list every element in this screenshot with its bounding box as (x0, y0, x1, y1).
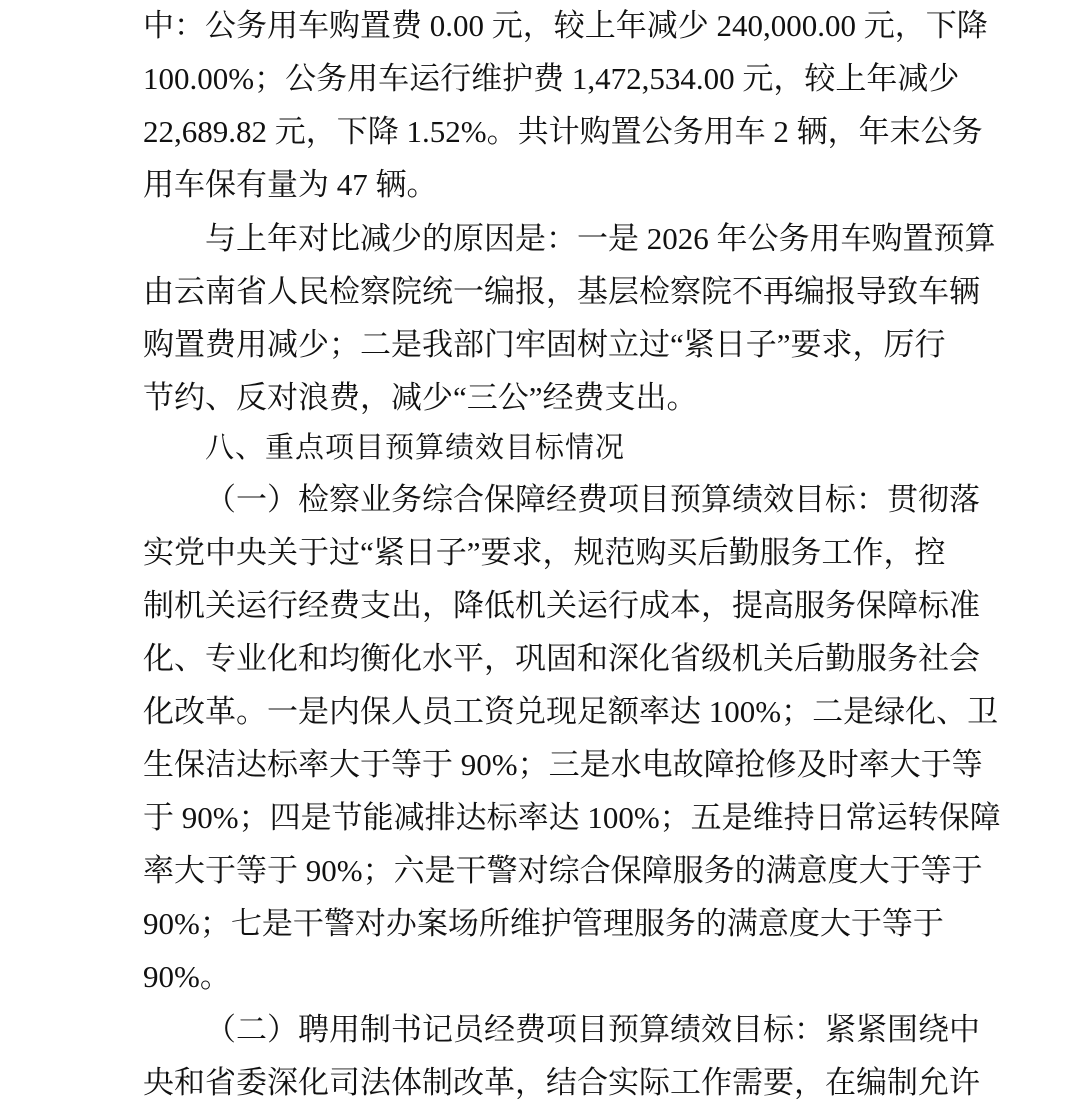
text-line: 由云南省人民检察院统一编报，基层检察院不再编报导致车辆 (143, 272, 933, 312)
text-line: 22,689.82 元，下降 1.52%。共计购置公务用车 2 辆，年末公务 (143, 112, 933, 152)
text-line: 生保洁达标率大于等于 90%；三是水电故障抢修及时率大于等 (143, 745, 933, 785)
text-line: 节约、反对浪费，减少“三公”经费支出。 (143, 378, 933, 418)
document-page: 中：公务用车购置费 0.00 元，较上年减少 240,000.00 元，下降 1… (0, 0, 1074, 1106)
text-line: 于 90%；四是节能减排达标率达 100%；五是维持日常运转保障 (143, 798, 933, 838)
text-line: 100.00%；公务用车运行维护费 1,472,534.00 元，较上年减少 (143, 59, 933, 99)
text-line: 90%。 (143, 957, 933, 997)
text-line: 制机关运行经费支出，降低机关运行成本，提高服务保障标准 (143, 586, 933, 626)
text-line: （一）检察业务综合保障经费项目预算绩效目标：贯彻落 (205, 480, 933, 520)
text-line: 央和省委深化司法体制改革，结合实际工作需要，在编制允许 (143, 1063, 933, 1103)
text-line: 化、专业化和均衡化水平，巩固和深化省级机关后勤服务社会 (143, 639, 933, 679)
text-line: 中：公务用车购置费 0.00 元，较上年减少 240,000.00 元，下降 (143, 6, 933, 46)
text-line: 90%；七是干警对办案场所维护管理服务的满意度大于等于 (143, 904, 933, 944)
text-line: （二）聘用制书记员经费项目预算绩效目标：紧紧围绕中 (205, 1010, 933, 1050)
text-line: 率大于等于 90%；六是干警对综合保障服务的满意度大于等于 (143, 851, 933, 891)
text-line: 购置费用减少；二是我部门牢固树立过“紧日子”要求，厉行 (143, 325, 933, 365)
text-line: 化改革。一是内保人员工资兑现足额率达 100%；二是绿化、卫 (143, 692, 933, 732)
text-line: 与上年对比减少的原因是：一是 2026 年公务用车购置预算 (205, 219, 933, 259)
section-heading: 八、重点项目预算绩效目标情况 (205, 427, 625, 467)
text-line: 实党中央关于过“紧日子”要求，规范购买后勤服务工作，控 (143, 533, 933, 573)
text-line: 用车保有量为 47 辆。 (143, 165, 933, 205)
